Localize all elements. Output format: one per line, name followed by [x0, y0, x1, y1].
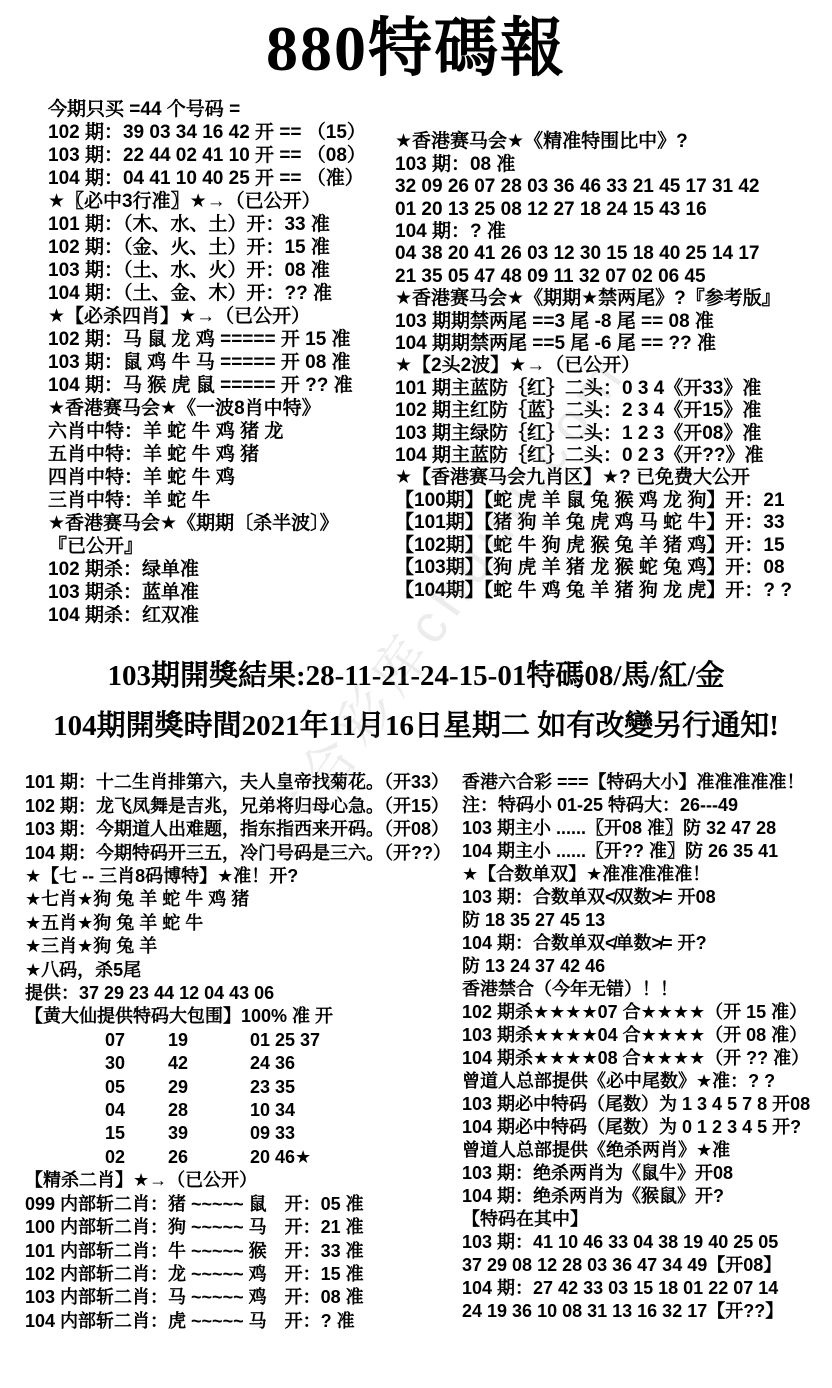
package-row: 071901 25 37	[25, 1029, 462, 1052]
text-line: ★五肖★狗 兔 羊 蛇 牛	[25, 912, 462, 935]
text-line: ★【香港赛马会九肖区】★? 已免费大公开	[395, 467, 832, 489]
text-line: 099 内部斩二肖：猪 ~~~~~ 鼠 开：05 准	[25, 1193, 462, 1216]
text-line: 101 期主蓝防｛红｝二头：0 3 4《开33》准	[395, 378, 832, 400]
text-line: 104 期：马 猴 虎 鼠 ===== 开 ?? 准	[48, 374, 395, 397]
text-line: ★香港赛马会★《一波8肖中特》	[48, 397, 395, 420]
text-line: ★【必杀四肖】★→（已公开）	[48, 305, 395, 328]
text-line: 103 期主绿防｛红｝二头：1 2 3《开08》准	[395, 423, 832, 445]
text-line: 103 期必中特码（尾数）为 1 3 4 5 7 8 开08	[462, 1093, 832, 1116]
package-cell: 19	[168, 1029, 250, 1052]
package-cell: 09 33	[250, 1123, 295, 1143]
text-line: 01 20 13 25 08 12 27 18 24 15 43 16	[395, 199, 832, 221]
package-cell: 42	[168, 1052, 250, 1075]
text-line: 六肖中特：羊 蛇 牛 鸡 猪 龙	[48, 420, 395, 443]
text-line: ★香港赛马会★《期期★禁两尾》?『参考版』	[395, 288, 832, 310]
package-cell: 20 46★	[250, 1147, 311, 1167]
package-cell: 39	[168, 1122, 250, 1145]
text-line: ★【七 -- 三肖8码博特】★准！开?	[25, 865, 462, 888]
text-line: 100 内部斩二肖：狗 ~~~~~ 马 开：21 准	[25, 1216, 462, 1239]
text-line: 103 内部斩二肖：马 ~~~~~ 鸡 开：08 准	[25, 1286, 462, 1309]
package-cell: 02	[105, 1146, 168, 1169]
text-line: ★香港赛马会★《精准特围比中》?	[395, 131, 832, 153]
text-line: 香港六合彩 ===【特码大小】准准准准准！	[462, 771, 832, 794]
text-line: 104 期杀★★★★08 合★★★★（开 ?? 准）	[462, 1047, 832, 1070]
text-line: 103 期杀★★★★04 合★★★★（开 08 准）	[462, 1024, 832, 1047]
package-cell: 30	[105, 1052, 168, 1075]
text-line: 防 18 35 27 45 13	[462, 909, 832, 932]
draw-result-line: 103期開獎結果:28-11-21-24-15-01特碼08/馬/紅/金	[0, 651, 832, 701]
text-line: 104 期：? 准	[395, 221, 832, 243]
package-cell: 05	[105, 1076, 168, 1099]
package-cell: 24 36	[250, 1053, 295, 1073]
text-line: 101 期：（木、水、土）开：33 准	[48, 213, 395, 236]
text-line: 102 期杀★★★★07 合★★★★（开 15 准）	[462, 1001, 832, 1024]
text-line: 101 内部斩二肖：牛 ~~~~~ 猴 开：33 准	[25, 1240, 462, 1263]
text-line: 103 期杀：蓝单准	[48, 581, 395, 604]
page-title: 880特碼報	[0, 14, 832, 84]
text-line: 102 期主红防｛蓝｝二头：2 3 4《开15》准	[395, 400, 832, 422]
package-cell: 04	[105, 1099, 168, 1122]
bottom-left-column: 101 期：十二生肖排第六，夫人皇帝找菊花。（开33）102 期：龙飞凤舞是吉兆…	[25, 771, 462, 1333]
text-line: 今期只买 =44 个号码 =	[48, 98, 395, 121]
text-line: 103 期：绝杀两肖为《鼠牛》开08	[462, 1162, 832, 1185]
text-line: 【100期】【蛇 虎 羊 鼠 兔 猴 鸡 龙 狗】开：21	[395, 490, 832, 512]
text-line: ★七肖★狗 兔 羊 蛇 牛 鸡 猪	[25, 888, 462, 911]
text-line: ★香港赛马会★《期期〔杀半波〕》	[48, 512, 395, 535]
bottom-right-column: 香港六合彩 ===【特码大小】准准准准准！注：特码小 01-25 特码大：26-…	[462, 771, 832, 1333]
text-line: 102 期：龙飞凤舞是吉兆，兄弟将归母心急。（开15）	[25, 795, 462, 818]
text-line: 103 期期禁两尾 ==3 尾 -8 尾 == 08 准	[395, 311, 832, 333]
package-row: 022620 46★	[25, 1146, 462, 1169]
package-table: 071901 25 37 304224 36 052923 35 042810 …	[25, 1029, 462, 1169]
text-line: ★【合数单双】★准准准准准！	[462, 863, 832, 886]
bottom-left-bottom-lines: 【精杀二肖】★→（已公开）099 内部斩二肖：猪 ~~~~~ 鼠 开：05 准1…	[25, 1169, 462, 1333]
text-line: 提供：37 29 23 44 12 04 43 06	[25, 982, 462, 1005]
text-line: 香港禁合（今年无错）！！	[462, 978, 832, 1001]
text-line: 【黄大仙提供特码大包围】100% 准 开	[25, 1005, 462, 1028]
text-line: 103 期：鼠 鸡 牛 马 ===== 开 08 准	[48, 351, 395, 374]
text-line: 37 29 08 12 28 03 36 47 34 49【开08】	[462, 1254, 832, 1277]
text-line: 五肖中特：羊 蛇 牛 鸡 猪	[48, 443, 395, 466]
package-cell: 01 25 37	[250, 1030, 320, 1050]
text-line: 103 期：（土、水、火）开：08 准	[48, 259, 395, 282]
text-line: 102 期：39 03 34 16 42 开 == （15）	[48, 121, 395, 144]
text-line: 102 内部斩二肖：龙 ~~~~~ 鸡 开：15 准	[25, 1263, 462, 1286]
package-cell: 26	[168, 1146, 250, 1169]
package-cell: 10 34	[250, 1100, 295, 1120]
bottom-left-top-lines: 101 期：十二生肖排第六，夫人皇帝找菊花。（开33）102 期：龙飞凤舞是吉兆…	[25, 771, 462, 1028]
text-line: 『已公开』	[48, 535, 395, 558]
text-line: 曾道人总部提供《绝杀两肖》★准	[462, 1139, 832, 1162]
text-line: 103 期主小 ......〖开08 准〗防 32 47 28	[462, 817, 832, 840]
text-line: 102 期杀：绿单准	[48, 558, 395, 581]
text-line: 三肖中特：羊 蛇 牛	[48, 489, 395, 512]
text-line: ★〖必中3行准〗★→（已公开）	[48, 190, 395, 213]
package-cell: 23 35	[250, 1077, 295, 1097]
package-cell: 28	[168, 1099, 250, 1122]
page: 六合彩库chuuu.com 880特碼報 今期只买 =44 个号码 =102 期…	[0, 0, 832, 1388]
text-line: ★八码，杀5尾	[25, 959, 462, 982]
text-line: 104 期：27 42 33 03 15 18 01 22 07 14	[462, 1277, 832, 1300]
draw-banner: 103期開獎結果:28-11-21-24-15-01特碼08/馬/紅/金 104…	[0, 651, 832, 751]
text-line: 104 期期禁两尾 ==5 尾 -6 尾 == ?? 准	[395, 333, 832, 355]
text-line: 防 13 24 37 42 46	[462, 955, 832, 978]
package-row: 052923 35	[25, 1076, 462, 1099]
text-line: 四肖中特：羊 蛇 牛 鸡	[48, 466, 395, 489]
text-line: 【103期】【狗 虎 羊 猪 龙 猴 蛇 兔 鸡】开：08	[395, 557, 832, 579]
text-line: 101 期：十二生肖排第六，夫人皇帝找菊花。（开33）	[25, 771, 462, 794]
text-line: 103 期：今期道人出难题，指东指西来开码。（开08）	[25, 818, 462, 841]
next-draw-line: 104期開獎時間2021年11月16日星期二 如有改變另行通知!	[0, 701, 832, 751]
text-line: 【精杀二肖】★→（已公开）	[25, 1169, 462, 1192]
top-section: 今期只买 =44 个号码 =102 期：39 03 34 16 42 开 == …	[0, 98, 832, 627]
text-line: 104 期主蓝防｛红｝二头：0 2 3《开??》准	[395, 445, 832, 467]
text-line: 104 期：绝杀两肖为《猴鼠》开?	[462, 1185, 832, 1208]
bottom-section: 101 期：十二生肖排第六，夫人皇帝找菊花。（开33）102 期：龙飞凤舞是吉兆…	[0, 771, 832, 1333]
package-cell: 29	[168, 1076, 250, 1099]
text-line: 104 期主小 ......〖开?? 准〗防 26 35 41	[462, 840, 832, 863]
text-line: ★三肖★狗 兔 羊	[25, 935, 462, 958]
text-line: 103 期：22 44 02 41 10 开 == （08）	[48, 144, 395, 167]
package-row: 304224 36	[25, 1052, 462, 1075]
package-cell: 15	[105, 1122, 168, 1145]
text-line: 102 期：马 鼠 龙 鸡 ===== 开 15 准	[48, 328, 395, 351]
text-line: 104 期杀：红双准	[48, 604, 395, 627]
text-line: 104 期：（土、金、木）开：?? 准	[48, 282, 395, 305]
text-line: 104 期：04 41 10 40 25 开 == （准）	[48, 167, 395, 190]
top-left-column: 今期只买 =44 个号码 =102 期：39 03 34 16 42 开 == …	[48, 98, 395, 627]
top-right-column: ★香港赛马会★《精准特围比中》?103 期：08 准32 09 26 07 28…	[395, 131, 832, 627]
text-line: ★【2头2波】★→（已公开）	[395, 355, 832, 377]
text-line: 【特码在其中】	[462, 1208, 832, 1231]
package-cell: 07	[105, 1029, 168, 1052]
text-line: 21 35 05 47 48 09 11 32 07 02 06 45	[395, 266, 832, 288]
text-line: 【102期】【蛇 牛 狗 虎 猴 兔 羊 猪 鸡】开：15	[395, 535, 832, 557]
text-line: 103 期：08 准	[395, 154, 832, 176]
text-line: 103 期：41 10 46 33 04 38 19 40 25 05	[462, 1231, 832, 1254]
text-line: 32 09 26 07 28 03 36 46 33 21 45 17 31 4…	[395, 176, 832, 198]
package-row: 042810 34	[25, 1099, 462, 1122]
text-line: 【101期】【猪 狗 羊 兔 虎 鸡 马 蛇 牛】开：33	[395, 512, 832, 534]
text-line: 102 期：（金、火、土）开：15 准	[48, 236, 395, 259]
text-line: 曾道人总部提供《必中尾数》★准：? ?	[462, 1070, 832, 1093]
text-line: 04 38 20 41 26 03 12 30 15 18 40 25 14 1…	[395, 243, 832, 265]
text-line: 104 期：今期特码开三五，冷门号码是三六。（开??）	[25, 842, 462, 865]
text-line: 104 内部斩二肖：虎 ~~~~~ 马 开：? 准	[25, 1310, 462, 1333]
text-line: 【104期】【蛇 牛 鸡 兔 羊 猪 狗 龙 虎】开：? ?	[395, 580, 832, 602]
package-row: 153909 33	[25, 1122, 462, 1145]
text-line: 104 期必中特码（尾数）为 0 1 2 3 4 5 开?	[462, 1116, 832, 1139]
text-line: 103 期：合数单双≮双数≯= 开08	[462, 886, 832, 909]
text-line: 104 期：合数单双≮单数≯= 开?	[462, 932, 832, 955]
text-line: 24 19 36 10 08 31 13 16 32 17【开??】	[462, 1300, 832, 1323]
text-line: 注：特码小 01-25 特码大：26---49	[462, 794, 832, 817]
